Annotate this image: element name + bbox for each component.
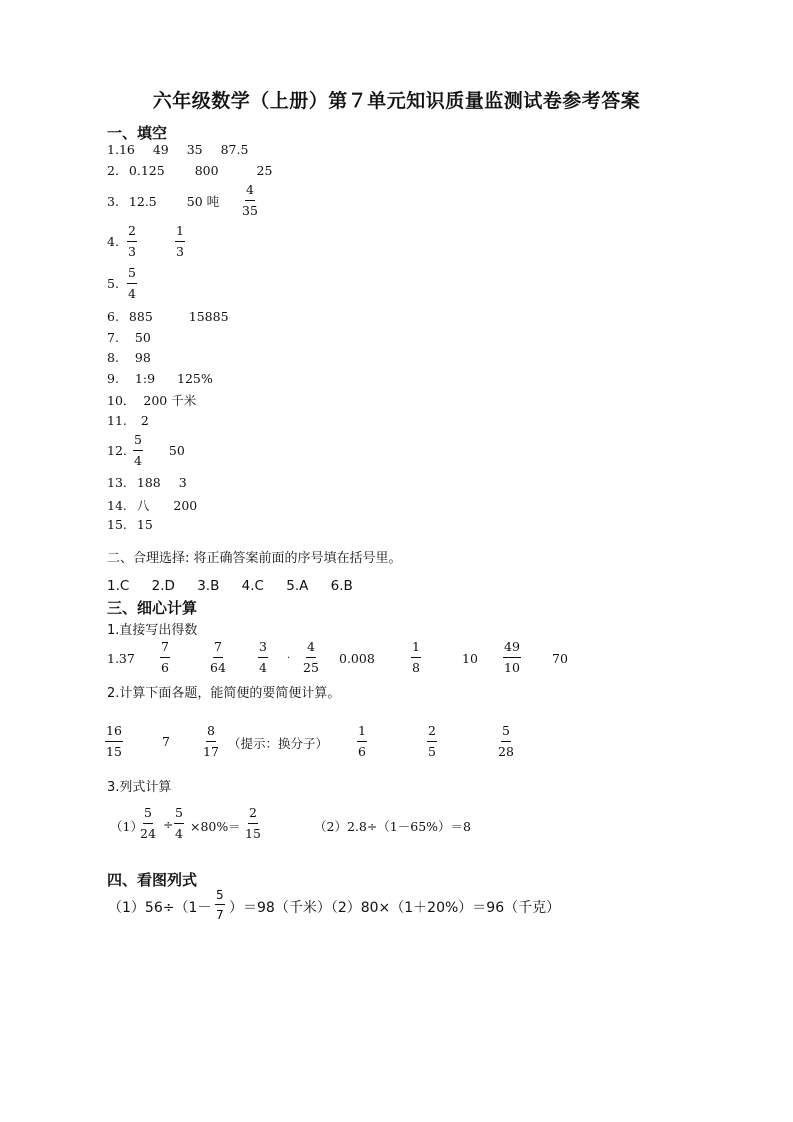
answer-value: 16 — [119, 142, 135, 157]
fraction: 4910 — [503, 641, 521, 674]
question-number: 11. — [107, 413, 127, 428]
choice-answer: 3.B — [197, 578, 219, 594]
answer-value: 25 — [257, 163, 273, 178]
answer-6: 6. 885 15885 — [107, 309, 229, 324]
hint-text: （提示：换分子） — [228, 734, 328, 752]
fraction: 524 — [140, 807, 156, 840]
answer-value: 98 — [135, 350, 151, 365]
answer-11: 11. 2 — [107, 413, 149, 428]
fraction: 18 — [411, 641, 421, 674]
fraction: 16 — [357, 725, 367, 758]
question-number: 7. — [107, 330, 119, 345]
answer-value: 885 — [129, 309, 153, 324]
part-2-label: 2.计算下面各题，能简便的要简便计算。 — [107, 682, 340, 701]
answer-value: 15 — [137, 517, 153, 532]
answer-3: 3. 12.5 50 吨 — [107, 192, 219, 210]
answer-value: 50 — [169, 443, 185, 458]
answer-12: 12. 50 — [107, 443, 185, 458]
answer-value: 0.125 — [129, 163, 165, 178]
answer-10: 10． 200 千米 — [107, 391, 196, 409]
answer-8: 8. 98 — [107, 350, 151, 365]
fraction: 817 — [203, 725, 219, 758]
answer-4: 4. — [107, 234, 119, 249]
section-1-heading: 一、填空 — [107, 122, 167, 143]
part-1-value: 0.008 — [339, 651, 375, 666]
answer-value: 50 — [135, 330, 151, 345]
answer-value: 50 吨 — [187, 194, 219, 209]
question-number: 10． — [107, 393, 135, 408]
choice-answer: 1.C — [107, 578, 129, 594]
fraction: 76 — [160, 641, 170, 674]
answer-13: 13. 188 3 — [107, 475, 187, 490]
answer-value: 49 — [153, 142, 169, 157]
equation-prefix: （1） — [110, 817, 143, 835]
part-1-value: 70 — [552, 651, 568, 666]
part-2-value: 7 — [162, 734, 170, 749]
fraction: 54 — [174, 807, 184, 840]
answer-value: 3 — [179, 475, 187, 490]
fraction: 54 — [133, 434, 143, 467]
part-1-label: 1.直接写出得数 — [107, 619, 197, 638]
question-number: 2. — [107, 163, 119, 178]
part-1-value: 1.37 — [107, 651, 135, 666]
part-3-label: 3.列式计算 — [107, 776, 171, 795]
choice-answer: 5.A — [286, 578, 308, 594]
answer-value: 15885 — [189, 309, 229, 324]
choice-answer: 2.D — [152, 578, 175, 594]
question-number: 15. — [107, 517, 127, 532]
fraction: 528 — [498, 725, 514, 758]
section-3-heading: 三、细心计算 — [107, 597, 197, 618]
equation-prefix: （1）56÷（1－ — [108, 897, 211, 917]
answer-2: 2. 0.125 800 25 — [107, 163, 272, 178]
fraction: 1615 — [105, 725, 123, 758]
equation-2: （2）2.8÷（1－65%）＝8 — [314, 817, 471, 835]
fraction: 435 — [242, 184, 258, 217]
answer-value: 200 — [173, 498, 197, 513]
choice-answers: 1.C 2.D 3.B 4.C 5.A 6.B — [107, 578, 353, 594]
answer-value: 35 — [187, 142, 203, 157]
question-number: 6. — [107, 309, 119, 324]
fraction: 13 — [175, 225, 185, 258]
fraction: 764 — [210, 641, 226, 674]
equation-middle: ×80%＝ — [190, 817, 241, 835]
fraction: 215 — [245, 807, 261, 840]
answer-value: 2 — [141, 413, 149, 428]
dot-mark: . — [287, 650, 290, 661]
equation-suffix: ）＝98（千米）（2）80×（1＋20%）＝96（千克） — [229, 897, 560, 917]
divide-sign: ÷ — [163, 817, 173, 832]
answer-15: 15. 15 — [107, 517, 153, 532]
answer-7: 7. 50 — [107, 330, 151, 345]
answer-value: 12.5 — [129, 194, 157, 209]
fraction: 54 — [127, 267, 137, 300]
answer-9: 9. 1:9 125% — [107, 371, 213, 386]
answer-value: 188 — [137, 475, 161, 490]
question-number: 13. — [107, 475, 127, 490]
answer-14: 14. 八 200 — [107, 496, 197, 514]
question-number: 1. — [107, 142, 119, 157]
answer-value: 87.5 — [221, 142, 249, 157]
question-number: 14. — [107, 498, 127, 513]
question-number: 9. — [107, 371, 119, 386]
answer-value: 八 — [137, 498, 150, 513]
fraction: 34 — [258, 641, 268, 674]
part-1-value: 10 — [462, 651, 478, 666]
section-2-heading: 二、合理选择: 将正确答案前面的序号填在括号里。 — [107, 547, 402, 566]
question-number: 4. — [107, 234, 119, 249]
choice-answer: 6.B — [331, 578, 353, 594]
answer-5: 5. — [107, 276, 119, 291]
choice-answer: 4.C — [242, 578, 264, 594]
page-title: 六年级数学（上册）第７单元知识质量监测试卷参考答案 — [0, 86, 793, 113]
fraction: 25 — [427, 725, 437, 758]
question-number: 12. — [107, 443, 127, 458]
question-number: 3. — [107, 194, 119, 209]
answer-value: 800 — [195, 163, 219, 178]
answer-value: 125% — [177, 371, 213, 386]
answer-value: 1:9 — [135, 371, 155, 386]
answer-value: 200 千米 — [143, 393, 196, 408]
question-number: 8. — [107, 350, 119, 365]
fraction: 23 — [127, 225, 137, 258]
fraction: 57 — [215, 889, 225, 921]
answer-1: 1.16 49 35 87.5 — [107, 142, 248, 157]
fraction: 425 — [303, 641, 319, 674]
section-4-heading: 四、看图列式 — [107, 869, 197, 890]
question-number: 5. — [107, 276, 119, 291]
